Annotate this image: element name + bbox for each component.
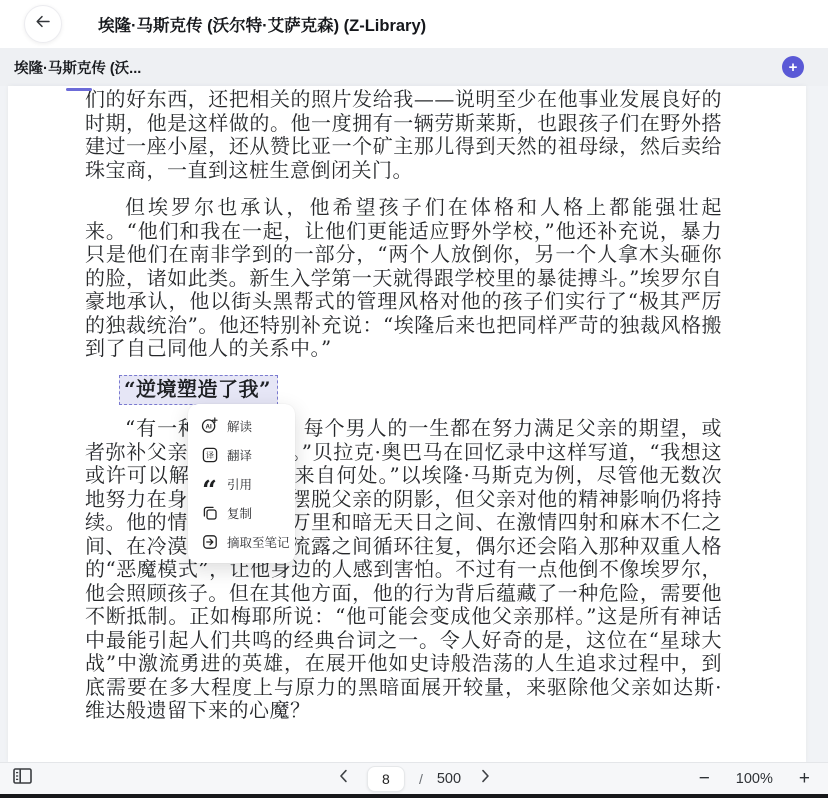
total-pages: 500 — [437, 771, 461, 787]
reader-background: 们的好东西，还把相关的照片发给我——说明至少在他事业发展良好的时期，他是这样做的… — [0, 86, 828, 762]
book-paragraph: 但埃罗尔也承认，他希望孩子们在体格和人格上都能强壮起来。“他们和我在一起，让他们… — [85, 196, 722, 361]
chevron-left-icon — [338, 769, 347, 788]
window-title: 埃隆·马斯克传 (沃尔特·艾萨克森) (Z-Library) — [98, 12, 426, 36]
back-button[interactable] — [24, 5, 62, 43]
next-page-button[interactable] — [475, 768, 495, 790]
menu-item-label: 解读 — [227, 417, 252, 435]
svg-text:AI: AI — [206, 423, 212, 430]
svg-text:译: 译 — [205, 451, 213, 460]
chevron-right-icon — [481, 769, 490, 788]
reader-page: 们的好东西，还把相关的照片发给我——说明至少在他事业发展良好的时期，他是这样做的… — [8, 86, 806, 762]
toc-icon — [13, 768, 32, 789]
ai-interpret-icon: AI — [201, 417, 218, 434]
quote-icon: “ — [201, 475, 218, 492]
zoom-level: 100% — [736, 771, 773, 787]
selection-context-menu: AI 解读 译 翻译 “ 引用 复制 — [188, 404, 295, 563]
selected-heading[interactable]: “逆境塑造了我” — [119, 375, 278, 406]
highlight-marker — [66, 88, 92, 91]
book-paragraph: “有一种理论认为，每个男人的一生都在努力满足父亲的期望，或者弥补父亲犯下的错误。… — [85, 417, 722, 723]
app-header: 埃隆·马斯克传 (沃尔特·艾萨克森) (Z-Library) — [0, 0, 828, 48]
extract-note-icon — [201, 533, 218, 550]
toc-toggle-button[interactable] — [13, 768, 32, 789]
page-navigation: 8 / 500 — [333, 766, 495, 792]
menu-item-quote[interactable]: “ 引用 — [188, 469, 295, 498]
book-paragraph: 们的好东西，还把相关的照片发给我——说明至少在他事业发展良好的时期，他是这样做的… — [85, 88, 722, 182]
tab-bar: 埃隆·马斯克传 (沃... + — [0, 48, 828, 86]
menu-item-label: 摘取至笔记 — [227, 533, 290, 551]
copy-icon — [201, 504, 218, 521]
current-page-input[interactable]: 8 — [367, 766, 405, 792]
footer-toolbar: 8 / 500 − 100% + — [0, 762, 828, 794]
menu-item-label: 复制 — [227, 504, 252, 522]
active-tab[interactable]: 埃隆·马斯克传 (沃... — [14, 57, 141, 78]
zoom-in-button[interactable]: + — [797, 769, 812, 788]
menu-item-label: 引用 — [227, 475, 252, 493]
page-separator: / — [419, 771, 423, 787]
add-tab-button[interactable]: + — [782, 56, 804, 78]
zoom-controls: − 100% + — [697, 769, 812, 788]
plus-icon: + — [789, 60, 798, 75]
menu-item-extract-note[interactable]: 摘取至笔记 — [188, 527, 295, 556]
menu-item-translate[interactable]: 译 翻译 — [188, 440, 295, 469]
menu-item-interpret[interactable]: AI 解读 — [188, 411, 295, 440]
zoom-out-button[interactable]: − — [697, 769, 712, 788]
back-arrow-icon — [35, 15, 51, 33]
prev-page-button[interactable] — [333, 768, 353, 790]
menu-item-label: 翻译 — [227, 446, 252, 464]
translate-icon: 译 — [201, 446, 218, 463]
window-bottom-edge — [0, 794, 828, 798]
